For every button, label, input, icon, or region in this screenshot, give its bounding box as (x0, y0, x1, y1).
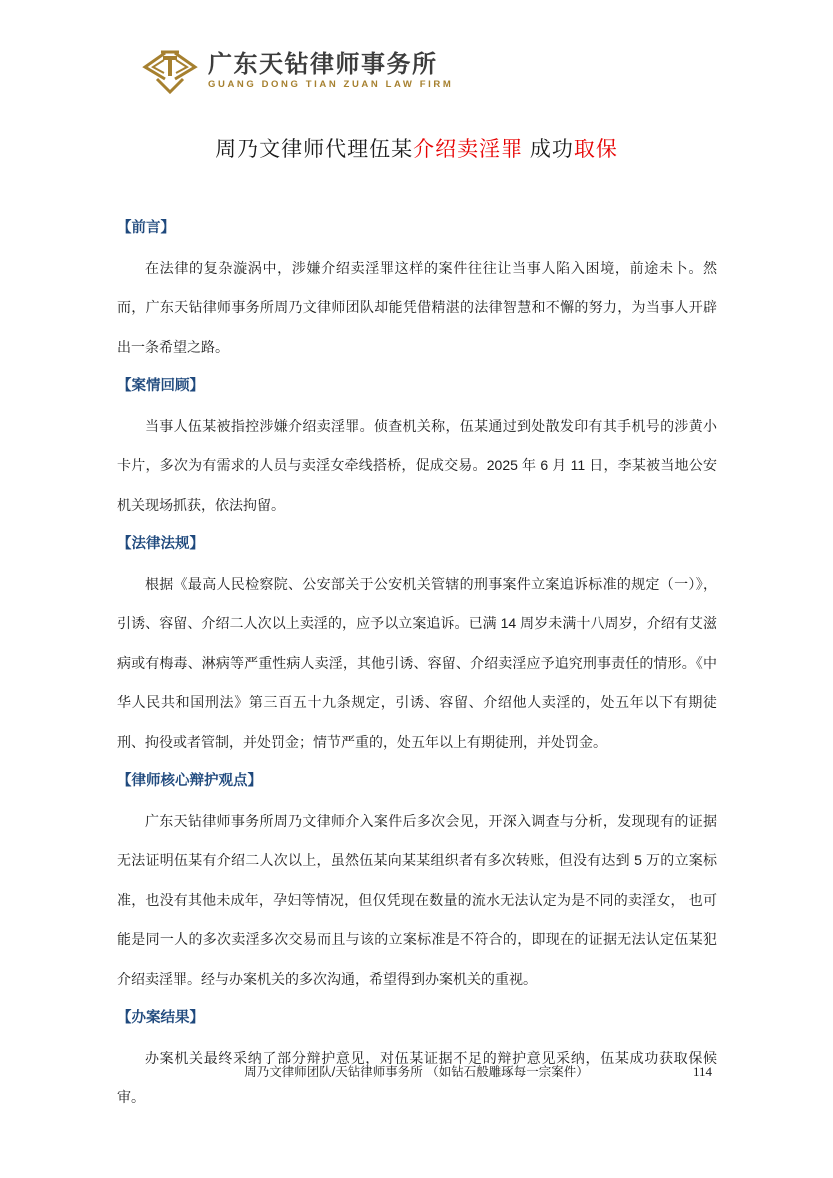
section-result: 【办案结果】 办案机关最终采纳了部分辩护意见，对伍某证据不足的辩护意见采纳，伍某… (117, 999, 717, 1118)
section-heading-case-review: 【案情回顾】 (117, 367, 717, 407)
document-body: 【前言】 在法律的复杂漩涡中，涉嫌介绍卖淫罪这样的案件往往让当事人陷入困境，前途… (117, 209, 717, 1118)
paragraph: 当事人伍某被指控涉嫌介绍卖淫罪。侦查机关称，伍某通过到处散发印有其手机号的涉黄小… (117, 407, 717, 526)
document-page: 广东天钻律师事务所 GUANG DONG TIAN ZUAN LAW FIRM … (0, 0, 833, 1178)
title-segment-red-1: 介绍卖淫罪 (413, 138, 523, 161)
section-heading-preface: 【前言】 (117, 209, 717, 249)
firm-name-cn: 广东天钻律师事务所 (208, 52, 453, 78)
title-segment-red-2: 取保 (574, 138, 618, 161)
page-title: 周乃文律师代理伍某介绍卖淫罪 成功取保 (0, 131, 833, 169)
section-heading-result: 【办案结果】 (117, 999, 717, 1039)
paragraph: 根据《最高人民检察院、公安部关于公安机关管辖的刑事案件立案追诉标准的规定（一）》… (117, 565, 717, 763)
diamond-logo-icon (141, 46, 199, 96)
section-heading-laws: 【法律法规】 (117, 525, 717, 565)
title-segment-black-2: 成功 (523, 138, 574, 161)
firm-name-en: GUANG DONG TIAN ZUAN LAW FIRM (208, 78, 453, 91)
page-number: 114 (693, 1063, 712, 1081)
section-defense-points: 【律师核心辩护观点】 广东天钻律师事务所周乃文律师介入案件后多次会见，开深入调查… (117, 762, 717, 999)
firm-logo: 广东天钻律师事务所 GUANG DONG TIAN ZUAN LAW FIRM (141, 46, 453, 96)
title-segment-black-1: 周乃文律师代理伍某 (215, 138, 413, 161)
firm-logo-text: 广东天钻律师事务所 GUANG DONG TIAN ZUAN LAW FIRM (208, 52, 453, 91)
section-case-review: 【案情回顾】 当事人伍某被指控涉嫌介绍卖淫罪。侦查机关称，伍某通过到处散发印有其… (117, 367, 717, 525)
section-preface: 【前言】 在法律的复杂漩涡中，涉嫌介绍卖淫罪这样的案件往往让当事人陷入困境，前途… (117, 209, 717, 367)
section-laws: 【法律法规】 根据《最高人民检察院、公安部关于公安机关管辖的刑事案件立案追诉标准… (117, 525, 717, 762)
section-heading-defense-points: 【律师核心辩护观点】 (117, 762, 717, 802)
paragraph: 广东天钻律师事务所周乃文律师介入案件后多次会见，开深入调查与分析，发现现有的证据… (117, 802, 717, 1000)
paragraph: 在法律的复杂漩涡中，涉嫌介绍卖淫罪这样的案件往往让当事人陷入困境，前途未卜。然而… (117, 249, 717, 368)
